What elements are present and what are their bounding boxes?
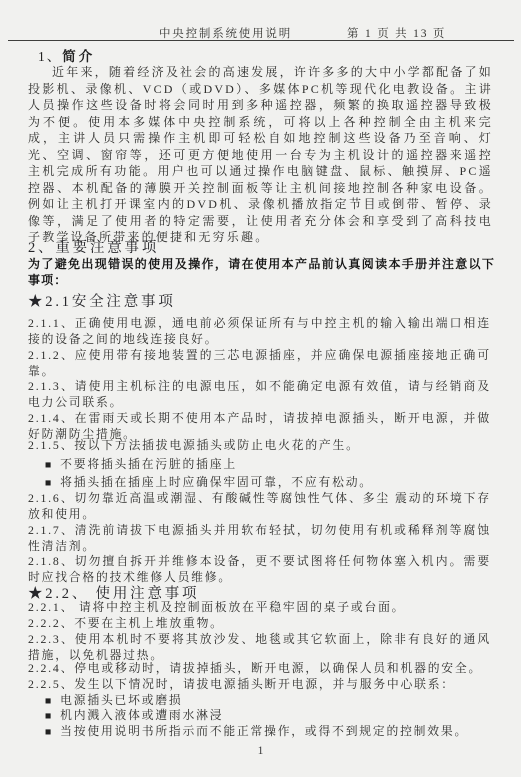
safety-item-2-1-8: 2.1.8、切勿擅自拆开并维修本设备，更不要试图将任何物体塞入机内。需要时应找合… xyxy=(28,554,491,585)
usage-bullet-2-text: 机内溅入液体或遭雨水淋浸 xyxy=(60,708,223,722)
safety-item-2-1-6: 2.1.6、切勿靠近高温或潮湿、有酸碱性等腐蚀性气体、多尘 震动的环境下存放和使… xyxy=(28,491,491,522)
page-number: 1 xyxy=(0,745,521,757)
safety-bullet-1-text: 不要将插头插在污脏的插座上 xyxy=(60,457,237,471)
safety-item-2-1-2: 2.1.2、应使用带有接地装置的三芯电源插座，并应确保电源插座接地正确可靠。 xyxy=(28,348,491,379)
warning-note: 为了避免出现错误的使用及操作，请在使用本产品前认真阅读本手册并注意以下事项： xyxy=(28,257,495,289)
usage-bullet-3-text: 当按使用说明书所指示而不能正常操作，或得不到规定的控制效果。 xyxy=(60,724,468,738)
section-1-title: 简介 xyxy=(62,49,95,64)
safety-bullet-1: ■不要将插头插在污脏的插座上 xyxy=(45,455,491,472)
usage-item-2-2-4: 2.2.4、停电或移动时，请拔掉插头，断开电源，以确保人员和机器的安全。 xyxy=(28,661,491,677)
usage-bullet-1-text: 电源插头已坏或磨损 xyxy=(60,693,182,707)
header-rule xyxy=(8,40,514,41)
safety-bullet-2: ■将插头插在插座上时应确保牢固可靠，不应有松动。 xyxy=(45,473,491,490)
safety-item-2-1-7: 2.1.7、清洗前请拔下电源插头并用软布轻拭，切勿使用有机或稀释剂等腐蚀性清洁剂… xyxy=(28,523,491,554)
usage-item-2-2-1: 2.2.1、 请将中控主机及控制面板放在平稳牢固的桌子或台面。 xyxy=(28,600,491,616)
safety-item-2-1-3: 2.1.3、请使用主机标注的电源电压，如不能确定电源有效值，请与经销商及电力公司… xyxy=(28,379,491,410)
usage-bullet-3: ■当按使用说明书所指示而不能正常操作，或得不到规定的控制效果。 xyxy=(45,722,491,739)
header-page-indicator: 第 1 页 共 13 页 xyxy=(347,25,446,41)
safety-item-2-1-5: 2.1.5、按以下方法插拔电源插头或防止电火花的产生。 xyxy=(28,438,491,454)
section-1-heading: 1、简介 xyxy=(38,45,95,65)
bullet-square-icon: ■ xyxy=(45,478,53,489)
header-title: 中央控制系统使用说明 xyxy=(159,25,292,41)
safety-item-2-1-1: 2.1.1、正确使用电源，通电前必须保证所有与中控主机的输入输出端口相连接的设备… xyxy=(28,316,491,347)
usage-item-2-2-3: 2.2.3、使用本机时不要将其放沙发、地毯或其它软面上，除非有良好的通风措施，以… xyxy=(28,632,491,663)
section-2-heading: 2、重要注意事项 xyxy=(28,236,159,257)
usage-item-2-2-2: 2.2.2、不要在主机上堆放重物。 xyxy=(28,616,491,632)
bullet-square-icon: ■ xyxy=(45,711,53,722)
intro-paragraph: 近年来，随着经济及社会的高速发展，许许多多的大中小学都配备了如投影机、录像机、V… xyxy=(28,64,493,246)
manual-page: 中央控制系统使用说明 第 1 页 共 13 页 1、简介 近年来，随着经济及社会… xyxy=(0,0,521,777)
bullet-square-icon: ■ xyxy=(45,460,53,471)
usage-bullet-2: ■机内溅入液体或遭雨水淋浸 xyxy=(45,706,491,723)
section-1-number: 1、 xyxy=(38,49,62,64)
bullet-square-icon: ■ xyxy=(45,727,53,738)
safety-section-heading: ★2.1安全注意事项 xyxy=(28,290,176,311)
safety-bullet-2-text: 将插头插在插座上时应确保牢固可靠，不应有松动。 xyxy=(60,475,373,489)
